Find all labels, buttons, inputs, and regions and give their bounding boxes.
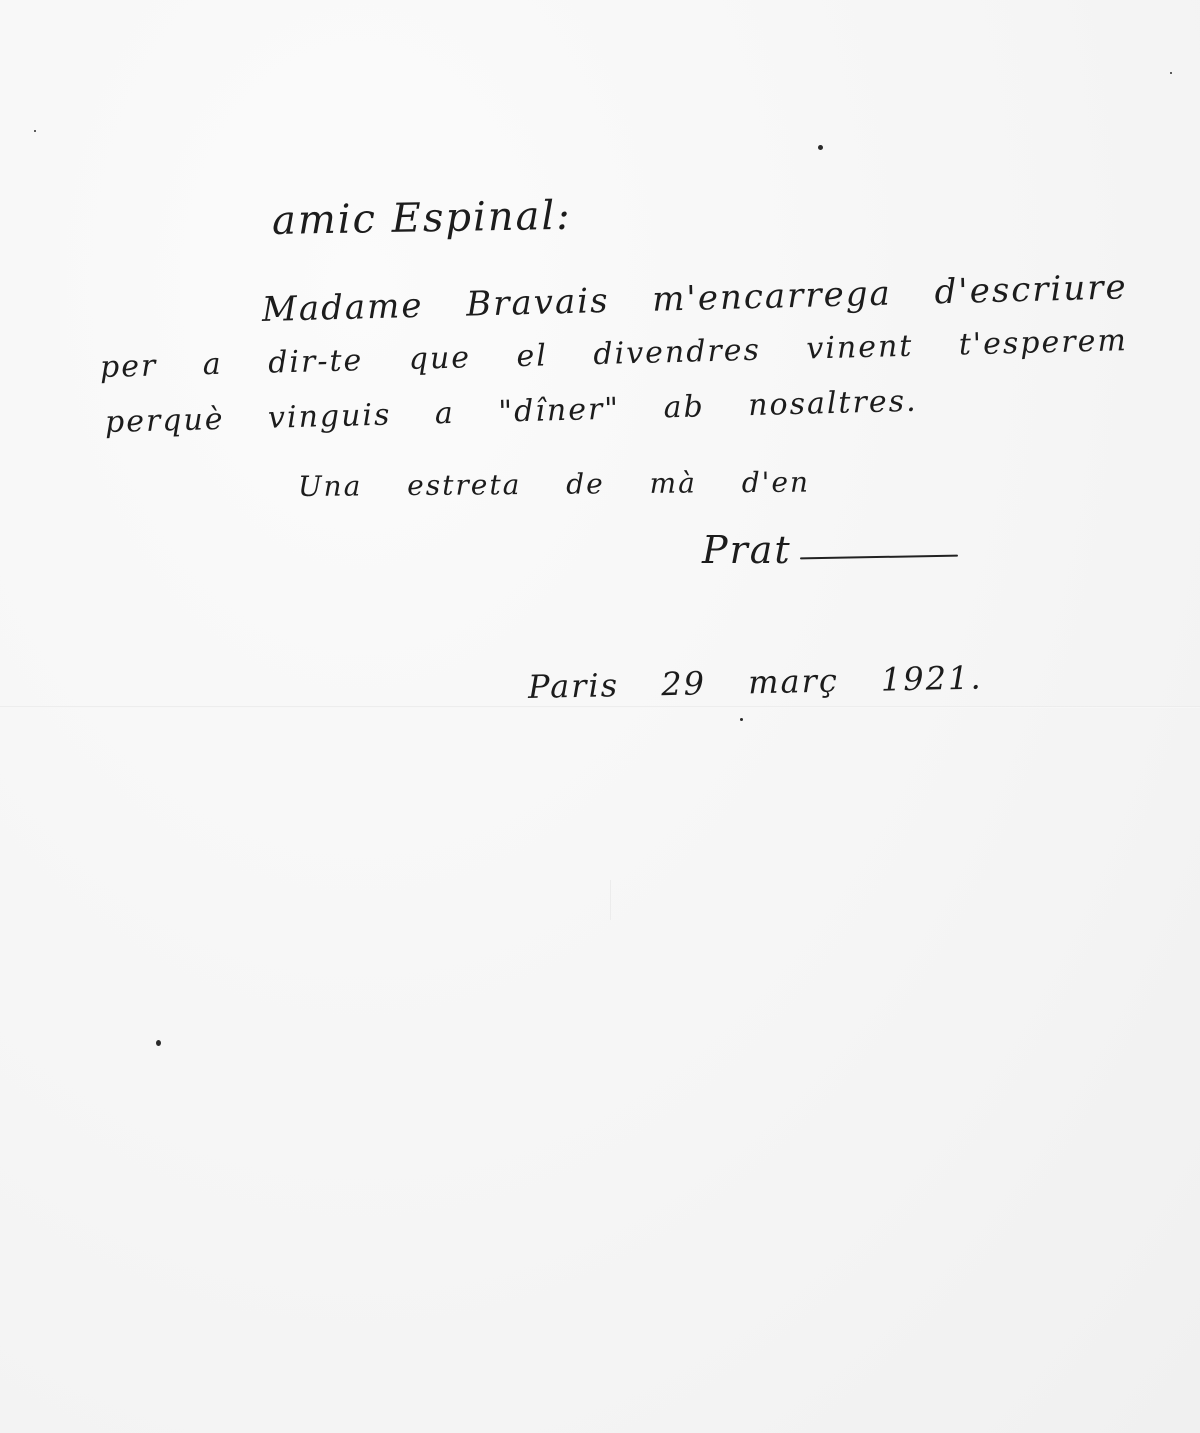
letter-salutation: amic Espinal: xyxy=(272,193,572,244)
letter-paper xyxy=(0,0,1200,1433)
letter-signature: Prat xyxy=(702,528,792,572)
letter-closing: Una estreta de mà d'en xyxy=(298,466,810,503)
ink-speck xyxy=(818,145,823,150)
ink-speck xyxy=(740,718,743,721)
ink-speck xyxy=(34,130,36,132)
ink-speck xyxy=(156,1040,161,1046)
paper-fold-line xyxy=(0,706,1200,708)
paper-crease xyxy=(610,880,611,920)
ink-speck xyxy=(1170,72,1172,74)
